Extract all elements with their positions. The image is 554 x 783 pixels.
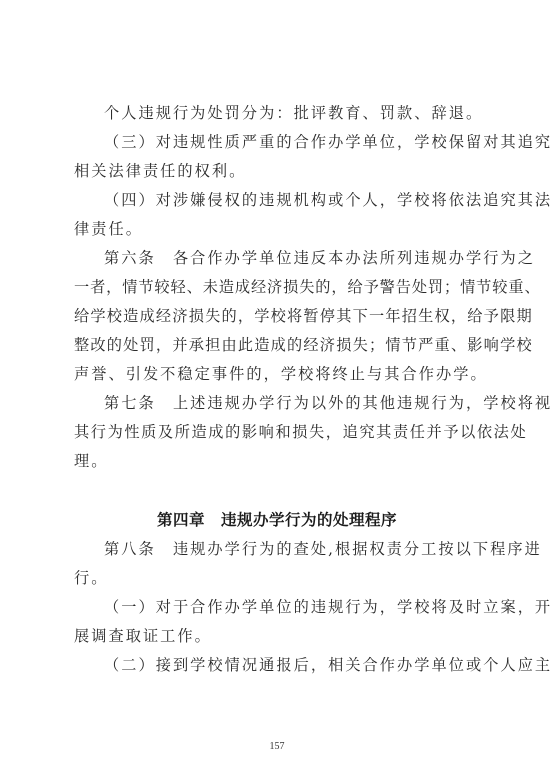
paragraph-line: 个人违规行为处罚分为：批评教育、罚款、辞退。 [104,103,514,123]
paragraph-line: 理。 [74,451,484,471]
chapter-heading: 第四章 违规办学行为的处理程序 [0,510,554,530]
article-7-line: 第七条 上述违规办学行为以外的其他违规行为，学校将视 [104,393,514,413]
paragraph-line: 律责任。 [74,219,484,239]
paragraph-line: （三）对违规性质严重的合作办学单位，学校保留对其追究 [104,132,514,152]
paragraph-line: 一者，情节较轻、未造成经济损失的，给予警告处罚；情节较重、 [74,277,484,297]
page-number: 157 [0,741,554,752]
article-8-line: 第八条 违规办学行为的查处,根据权责分工按以下程序进 [104,539,514,559]
paragraph-line: 相关法律责任的权利。 [74,161,484,181]
paragraph-line: 其行为性质及所造成的影响和损失，追究其责任并予以依法处 [74,422,484,442]
article-6-line: 第六条 各合作办学单位违反本办法所列违规办学行为之 [104,248,514,268]
paragraph-line: 声誉、引发不稳定事件的，学校将终止与其合作办学。 [74,364,484,384]
paragraph-line: 整改的处罚，并承担由此造成的经济损失；情节严重、影响学校 [74,335,484,355]
paragraph-line: （一）对于合作办学单位的违规行为，学校将及时立案，开 [104,597,514,617]
paragraph-line: 给学校造成经济损失的，学校将暂停其下一年招生权，给予限期 [74,306,484,326]
paragraph-line: （四）对涉嫌侵权的违规机构或个人，学校将依法追究其法 [104,190,514,210]
paragraph-line: 行。 [74,568,484,588]
paragraph-line: （二）接到学校情况通报后，相关合作办学单位或个人应主 [104,655,514,675]
document-page: 个人违规行为处罚分为：批评教育、罚款、辞退。 （三）对违规性质严重的合作办学单位… [0,0,554,783]
paragraph-line: 展调查取证工作。 [74,626,484,646]
